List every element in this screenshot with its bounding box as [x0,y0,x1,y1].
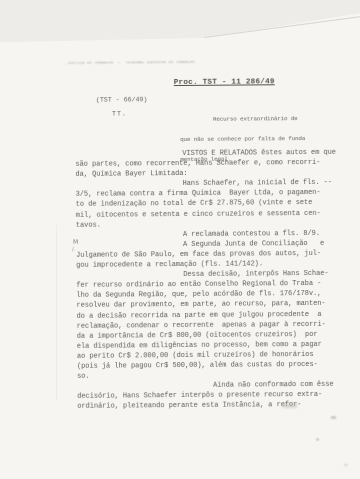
scan-noise-speck [331,416,336,419]
scan-noise-speck [316,438,319,441]
scanned-document-page: JUSTIÇA DO TRABALHO — TRIBUNAL SUPERIOR … [0,0,360,479]
reference-number: (TST - 66/49) [96,96,148,103]
body-line: (pois já lhe pagou Cr$ 500,00), além das… [77,360,329,372]
decision-body: VISTOS E RELATADOS êstes autos em que sã… [75,148,329,412]
headnote-line: que não se conhece por falta de funda [180,136,325,144]
letterhead-stamp: JUSTIÇA DO TRABALHO — TRIBUNAL SUPERIOR … [68,61,198,66]
scan-noise-speck [344,464,348,466]
headnote-line: Recurso extraordinário de [180,116,325,124]
body-line: mil, oitocentos e setenta e cinco cruzei… [76,208,328,220]
rapporteur-initials: TT. [112,110,127,117]
case-number: Proc. TST - 11 286/49 [174,78,275,87]
pencil-margin-mark: /. [72,247,75,253]
ink-smudge [282,403,297,408]
page-content: JUSTIÇA DO TRABALHO — TRIBUNAL SUPERIOR … [0,0,360,479]
